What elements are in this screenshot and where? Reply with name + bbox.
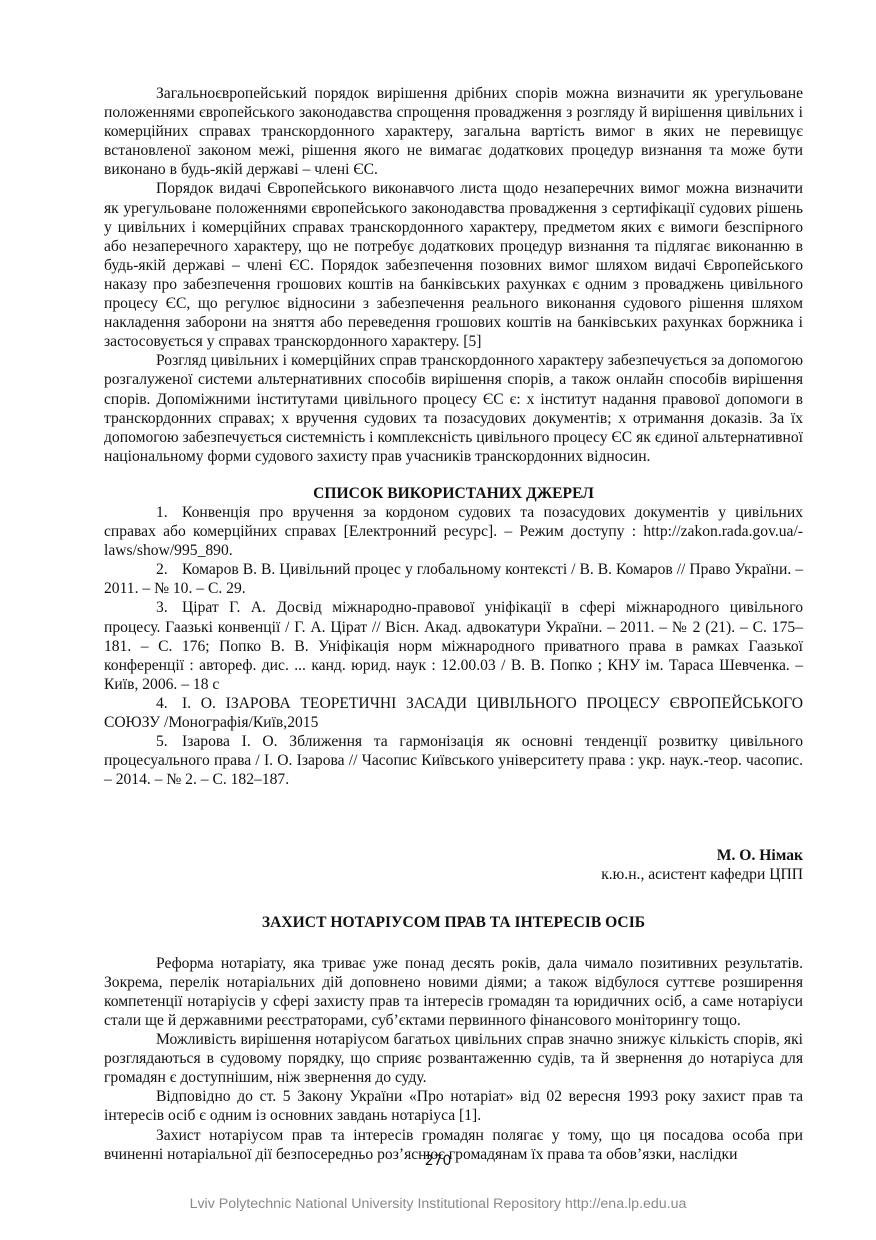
reference-item: 4.І. О. ІЗАРОВА ТЕОРЕТИЧНІ ЗАСАДИ ЦИВІЛЬ… bbox=[104, 694, 803, 732]
reference-text: І. О. ІЗАРОВА ТЕОРЕТИЧНІ ЗАСАДИ ЦИВІЛЬНО… bbox=[104, 695, 803, 731]
reference-number: 5. bbox=[156, 732, 182, 751]
paragraph: Розгляд цивільних і комерційних справ тр… bbox=[104, 351, 803, 466]
reference-text: Комаров В. В. Цивільний процес у глобаль… bbox=[104, 561, 803, 597]
reference-item: 3.Ціpат Г. А. Досвід міжнародно-правової… bbox=[104, 598, 803, 693]
reference-item: 5.Ізарова І. О. Зближення та гармонізаці… bbox=[104, 732, 803, 789]
document-page: Загальноєвропейський порядок вирішення д… bbox=[104, 84, 803, 1164]
author-position: к.ю.н., асистент кафедри ЦПП bbox=[104, 865, 803, 884]
article-title: ЗАХИСТ НОТАРІУСОМ ПРАВ ТА ІНТЕРЕСІВ ОСІБ bbox=[104, 913, 803, 932]
references-heading: СПИСОК ВИКОРИСТАНИХ ДЖЕРЕЛ bbox=[104, 484, 803, 503]
paragraph: Порядок видачі Європейського виконавчого… bbox=[104, 179, 803, 351]
paragraph: Реформа нотаріату, яка триває уже понад … bbox=[104, 954, 803, 1030]
reference-item: 1.Конвенція про вручення за кордоном суд… bbox=[104, 503, 803, 560]
reference-number: 2. bbox=[156, 560, 182, 579]
paragraph: Загальноєвропейський порядок вирішення д… bbox=[104, 84, 803, 179]
page-number: 270 bbox=[0, 1153, 876, 1169]
reference-number: 3. bbox=[156, 598, 182, 617]
reference-text: Ізарова І. О. Зближення та гармонізація … bbox=[104, 733, 803, 788]
author-name: М. О. Німак bbox=[104, 846, 803, 865]
reference-number: 1. bbox=[156, 503, 182, 522]
reference-text: Конвенція про вручення за кордоном судов… bbox=[104, 504, 803, 559]
author-block: М. О. Німак к.ю.н., асистент кафедри ЦПП bbox=[104, 846, 803, 884]
reference-number: 4. bbox=[156, 694, 182, 713]
reference-text: Ціpат Г. А. Досвід міжнародно-правової у… bbox=[104, 599, 803, 692]
reference-item: 2.Комаров В. В. Цивільний процес у глоба… bbox=[104, 560, 803, 598]
repository-footer: Lviv Polytechnic National University Ins… bbox=[0, 1196, 876, 1212]
paragraph: Відповідно до ст. 5 Закону України «Про … bbox=[104, 1087, 803, 1125]
paragraph: Можливість вирішення нотаріусом багатьох… bbox=[104, 1030, 803, 1087]
